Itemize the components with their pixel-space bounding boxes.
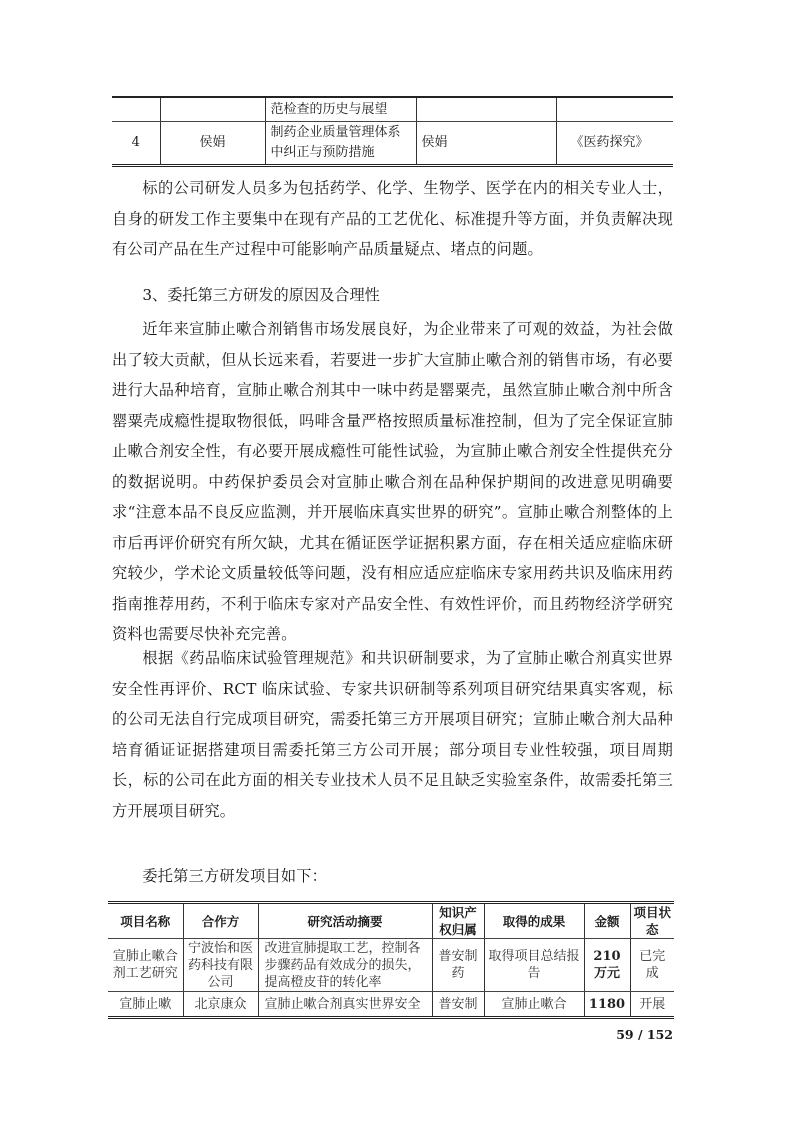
cell-owner: 侯娟 xyxy=(416,122,556,166)
cell-result: 宣肺止嗽合 xyxy=(484,992,584,1018)
table-row: 4 侯娟 制药企业质量管理体系中纠正与预防措施 侯娟 《医药探究》 xyxy=(112,122,673,166)
header-summary: 研究活动摘要 xyxy=(258,903,432,939)
cell-status: 开展 xyxy=(630,992,674,1018)
cell-partner: 北京康众 xyxy=(183,992,258,1018)
header-project-name: 项目名称 xyxy=(108,903,183,939)
cell-result: 取得项目总结报告 xyxy=(484,939,584,992)
table-row: 范检查的历史与展望 xyxy=(112,97,673,122)
cell-summary: 改进宣肺提取工艺，控制各步骤药品有效成分的损失，提高橙皮苷的转化率 xyxy=(258,939,432,992)
paragraph-outsourcing-reason: 根据《药品临床试验管理规范》和共识研制要求，为了宣肺止嗽合剂真实世界安全性再评价… xyxy=(112,643,673,826)
page-number: 59 / 152 xyxy=(616,1027,673,1042)
cell-summary: 宣肺止嗽合剂真实世界安全 xyxy=(258,992,432,1018)
cell-amount: 1180 xyxy=(584,992,630,1018)
section-heading-3: 3、委托第三方研发的原因及合理性 xyxy=(112,280,673,310)
paragraph-project-intro: 委托第三方研发项目如下： xyxy=(112,861,673,892)
cell-no xyxy=(112,97,160,122)
table-header-row: 项目名称 合作方 研究活动摘要 知识产权归属 取得的成果 金额 项目状态 xyxy=(108,903,674,939)
cell-no: 4 xyxy=(112,122,160,166)
header-partner: 合作方 xyxy=(183,903,258,939)
cell-project-name: 宣肺止嗽合剂工艺研究 xyxy=(108,939,183,992)
cell-journal xyxy=(556,97,673,122)
cell-amount: 210万元 xyxy=(584,939,630,992)
cell-owner xyxy=(416,97,556,122)
document-page: 范检查的历史与展望 4 侯娟 制药企业质量管理体系中纠正与预防措施 侯娟 《医药… xyxy=(0,0,793,1122)
cell-ip-owner: 普安制 xyxy=(432,992,484,1018)
cell-project-name: 宣肺止嗽 xyxy=(108,992,183,1018)
header-result: 取得的成果 xyxy=(484,903,584,939)
paragraph-rd-staff: 标的公司研发人员多为包括药学、化学、生物学、医学在内的相关专业人士，自身的研发工… xyxy=(112,173,673,265)
table-row: 宣肺止嗽合剂工艺研究 宁波怡和医药科技有限公司 改进宣肺提取工艺，控制各步骤药品… xyxy=(108,939,674,992)
cell-ip-owner: 普安制药 xyxy=(432,939,484,992)
header-amount: 金额 xyxy=(584,903,630,939)
outsourced-projects-table: 项目名称 合作方 研究活动摘要 知识产权归属 取得的成果 金额 项目状态 宣肺止… xyxy=(108,901,674,1019)
paragraph-market-background: 近年来宣肺止嗽合剂销售市场发展良好，为企业带来了可观的效益，为社会做出了较大贡献… xyxy=(112,314,673,650)
cell-journal: 《医药探究》 xyxy=(556,122,673,166)
header-status: 项目状态 xyxy=(630,903,674,939)
cell-author: 侯娟 xyxy=(160,122,265,166)
cell-title: 范检查的历史与展望 xyxy=(265,97,416,122)
cell-status: 已完成 xyxy=(630,939,674,992)
table-row: 宣肺止嗽 北京康众 宣肺止嗽合剂真实世界安全 普安制 宣肺止嗽合 1180 开展 xyxy=(108,992,674,1018)
cell-title: 制药企业质量管理体系中纠正与预防措施 xyxy=(265,122,416,166)
cell-partner: 宁波怡和医药科技有限公司 xyxy=(183,939,258,992)
cell-author xyxy=(160,97,265,122)
header-ip-owner: 知识产权归属 xyxy=(432,903,484,939)
publications-table-continued: 范检查的历史与展望 4 侯娟 制药企业质量管理体系中纠正与预防措施 侯娟 《医药… xyxy=(112,96,673,167)
